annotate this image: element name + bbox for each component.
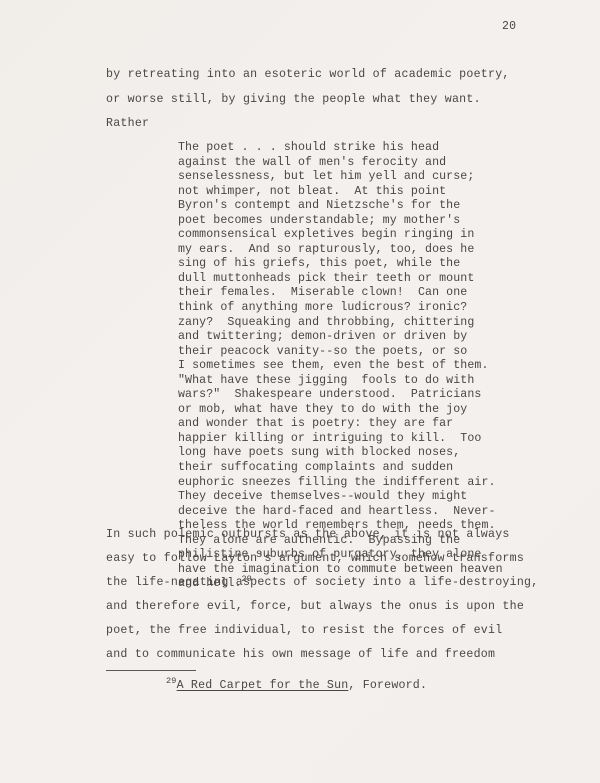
quote-line: They deceive themselves--would they migh… <box>178 490 503 505</box>
body-line: poet, the free individual, to resist the… <box>106 624 502 637</box>
quote-line: their females. Miserable clown! Can one <box>178 286 503 301</box>
body-line: In such polemic outbursts as the above, … <box>106 528 510 541</box>
intro-line: or worse still, by giving the people wha… <box>106 93 481 106</box>
page-number: 20 <box>502 20 516 33</box>
footnote-number: 29 <box>166 676 177 686</box>
block-quote: The poet . . . should strike his head ag… <box>178 141 503 592</box>
quote-line: poet becomes understandable; my mother's <box>178 214 503 229</box>
footnote-source-title: A Red Carpet for the Sun <box>177 679 349 692</box>
quote-line: or mob, what have they to do with the jo… <box>178 403 503 418</box>
footnote-rest: , Foreword. <box>348 679 427 692</box>
quote-line: deceive the hard-faced and heartless. Ne… <box>178 505 503 520</box>
quote-line: euphoric sneezes filling the indifferent… <box>178 476 503 491</box>
quote-line: Byron's contempt and Nietzsche's for the <box>178 199 503 214</box>
quote-line: their peacock vanity--so the poets, or s… <box>178 345 503 360</box>
intro-line: by retreating into an esoteric world of … <box>106 68 510 81</box>
footnote: 29A Red Carpet for the Sun, Foreword. <box>166 679 427 692</box>
body-line: and to communicate his own message of li… <box>106 648 495 661</box>
quote-line: and twittering; demon-driven or driven b… <box>178 330 503 345</box>
quote-line: sing of his griefs, this poet, while the <box>178 257 503 272</box>
document-page: 20 by retreating into an esoteric world … <box>0 0 600 783</box>
body-line: the life-negating aspects of society int… <box>106 576 538 589</box>
quote-line: and wonder that is poetry: they are far <box>178 417 503 432</box>
quote-line: my ears. And so rapturously, too, does h… <box>178 243 503 258</box>
quote-line: wars?" Shakespeare understood. Patrician… <box>178 388 503 403</box>
quote-line: long have poets sung with blocked noses, <box>178 446 503 461</box>
quote-line: senselessness, but let him yell and curs… <box>178 170 503 185</box>
quote-line: against the wall of men's ferocity and <box>178 156 503 171</box>
footnote-divider <box>106 670 196 671</box>
quote-line: think of anything more ludicrous? ironic… <box>178 301 503 316</box>
body-line: easy to follow Layton's argument, which … <box>106 552 524 565</box>
quote-line: The poet . . . should strike his head <box>178 141 503 156</box>
body-line: and therefore evil, force, but always th… <box>106 600 524 613</box>
quote-line: commonsensical expletives begin ringing … <box>178 228 503 243</box>
quote-line: happier killing or intriguing to kill. T… <box>178 432 503 447</box>
quote-line: "What have these jigging fools to do wit… <box>178 374 503 389</box>
quote-line: not whimper, not bleat. At this point <box>178 185 503 200</box>
quote-line: their suffocating complaints and sudden <box>178 461 503 476</box>
intro-line: Rather <box>106 117 149 130</box>
quote-line: I sometimes see them, even the best of t… <box>178 359 503 374</box>
quote-line: zany? Squeaking and throbbing, chitterin… <box>178 316 503 331</box>
quote-line: dull muttonheads pick their teeth or mou… <box>178 272 503 287</box>
